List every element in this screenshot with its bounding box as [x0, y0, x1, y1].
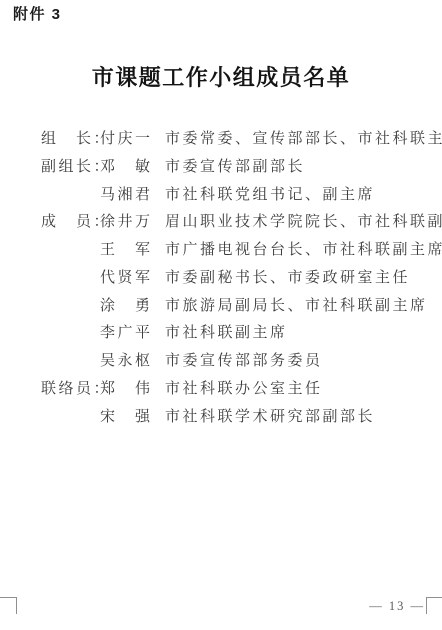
- member-name: 代贤军: [100, 265, 153, 293]
- page-number: — 13 —: [369, 599, 425, 614]
- roster-row: 王 军市广播电视台台长、市社科联副主席: [0, 237, 442, 265]
- member-name: 郑 伟: [100, 376, 153, 404]
- member-name: 吴永枢: [100, 348, 153, 376]
- member-name: 涂 勇: [100, 293, 153, 321]
- member-name: 宋 强: [100, 404, 153, 432]
- attachment-label: 附件 3: [13, 3, 62, 24]
- roster-row: 李广平市社科联副主席: [0, 320, 442, 348]
- roster-row: 副组长：邓 敏市委宣传部副部长: [0, 154, 442, 182]
- member-name: 邓 敏: [100, 154, 153, 182]
- member-name: 付庆一: [100, 126, 153, 154]
- roster-row: 涂 勇市旅游局副局长、市社科联副主席: [0, 293, 442, 321]
- bottom-right-crop-mark: [426, 597, 442, 614]
- member-title: 市委常委、宣传部部长、市社科联主席: [165, 126, 442, 154]
- roster-row: 联络员：郑 伟市社科联办公室主任: [0, 376, 442, 404]
- member-title: 眉山职业技术学院院长、市社科联副主席: [165, 209, 442, 237]
- roster-row: 宋 强市社科联学术研究部副部长: [0, 404, 442, 432]
- member-title: 市社科联副主席: [165, 320, 288, 348]
- document-title: 市课题工作小组成员名单: [0, 61, 442, 92]
- roster-row: 马湘君市社科联党组书记、副主席: [0, 182, 442, 210]
- roster-list: 组 长：付庆一市委常委、宣传部部长、市社科联主席副组长：邓 敏市委宣传部副部长马…: [0, 126, 442, 431]
- member-title: 市委副秘书长、市委政研室主任: [165, 265, 410, 293]
- roster-row: 吴永枢市委宣传部部务委员: [0, 348, 442, 376]
- member-title: 市旅游局副局长、市社科联副主席: [165, 293, 428, 321]
- member-title: 市社科联学术研究部副部长: [165, 404, 375, 432]
- member-title: 市委宣传部副部长: [165, 154, 305, 182]
- member-title: 市广播电视台台长、市社科联副主席: [165, 237, 442, 265]
- document-page: 附件 3 市课题工作小组成员名单 组 长：付庆一市委常委、宣传部部长、市社科联主…: [0, 0, 442, 630]
- member-name: 李广平: [100, 320, 153, 348]
- member-name: 徐井万: [100, 209, 153, 237]
- member-name: 马湘君: [100, 182, 153, 210]
- member-name: 王 军: [100, 237, 153, 265]
- member-title: 市社科联党组书记、副主席: [165, 182, 375, 210]
- roster-row: 代贤军市委副秘书长、市委政研室主任: [0, 265, 442, 293]
- roster-row: 成 员：徐井万眉山职业技术学院院长、市社科联副主席: [0, 209, 442, 237]
- member-title: 市社科联办公室主任: [165, 376, 323, 404]
- member-title: 市委宣传部部务委员: [165, 348, 323, 376]
- bottom-left-crop-mark: [0, 597, 17, 614]
- roster-row: 组 长：付庆一市委常委、宣传部部长、市社科联主席: [0, 126, 442, 154]
